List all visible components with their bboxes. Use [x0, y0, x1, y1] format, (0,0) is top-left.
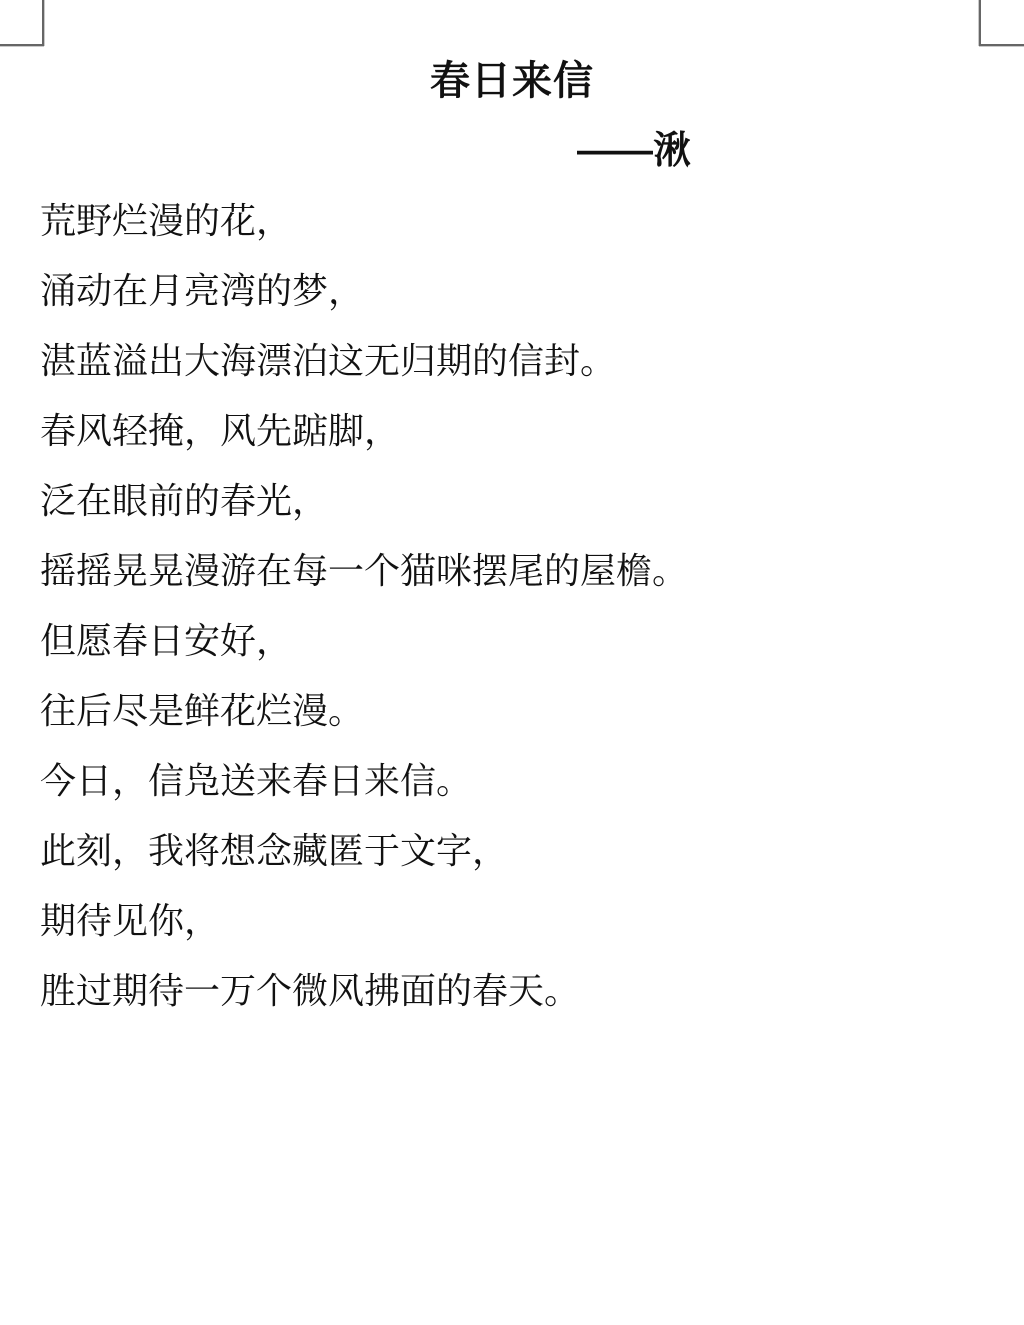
- poem-line: 但愿春日安好，: [0, 606, 1024, 676]
- poem-attribution: ——湫: [0, 116, 1024, 186]
- poem-content: 春日来信 ——湫 荒野烂漫的花， 涌动在月亮湾的梦， 湛蓝溢出大海漂泊这无归期的…: [0, 46, 1024, 1026]
- crop-mark-top-left-vertical: [42, 0, 44, 46]
- poem-line: 往后尽是鲜花烂漫。: [0, 676, 1024, 746]
- crop-mark-top-right-vertical: [979, 0, 981, 46]
- poem-line: 此刻，我将想念藏匿于文字，: [0, 816, 1024, 886]
- poem-line: 摇摇晃晃漫游在每一个猫咪摆尾的屋檐。: [0, 536, 1024, 606]
- poem-line: 涌动在月亮湾的梦，: [0, 256, 1024, 326]
- poem-title: 春日来信: [0, 46, 1024, 116]
- poem-line: 荒野烂漫的花，: [0, 186, 1024, 256]
- poem-line: 泛在眼前的春光，: [0, 466, 1024, 536]
- poem-line: 春风轻掩，风先踮脚，: [0, 396, 1024, 466]
- poem-line: 胜过期待一万个微风拂面的春天。: [0, 956, 1024, 1026]
- poem-line: 今日，信凫送来春日来信。: [0, 746, 1024, 816]
- document-page: 春日来信 ——湫 荒野烂漫的花， 涌动在月亮湾的梦， 湛蓝溢出大海漂泊这无归期的…: [0, 0, 1024, 1325]
- poem-line: 湛蓝溢出大海漂泊这无归期的信封。: [0, 326, 1024, 396]
- poem-line: 期待见你，: [0, 886, 1024, 956]
